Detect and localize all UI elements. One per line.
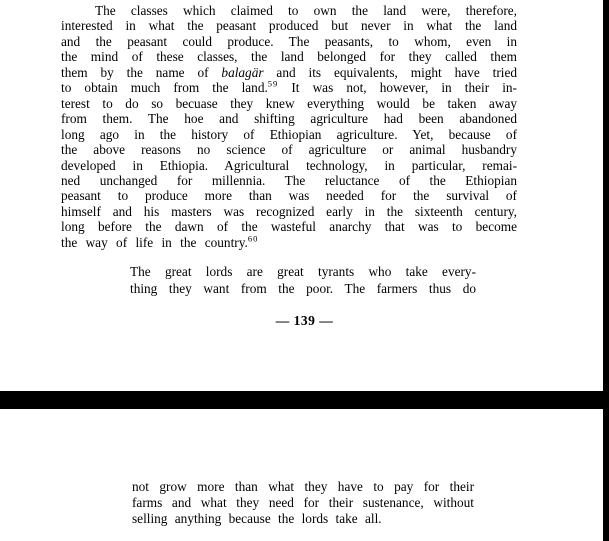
footnote-ref-59: 59: [268, 79, 279, 89]
block-quote-page-139: The great lords are great tyrants who ta…: [130, 264, 476, 297]
text-line: The classes which claimed to own the lan…: [61, 3, 517, 18]
text-line: interested in what the peasant produced …: [61, 18, 517, 33]
text-line: the mind of these classes, the land belo…: [61, 49, 517, 64]
text-line: and the peasant could produce. The peasa…: [61, 34, 517, 49]
text-line: peasant to produce more than was needed …: [61, 188, 517, 203]
text-line: himself and his masters was recognized e…: [61, 204, 517, 219]
quote-line: The great lords are great tyrants who ta…: [130, 264, 476, 281]
quote-line: thing they want from the poor. The farme…: [130, 281, 476, 298]
text-line: from them. The hoe and shifting agricult…: [61, 111, 517, 126]
text-line: long ago in the history of Ethiopian agr…: [61, 127, 517, 142]
text-segment: them by the name of: [61, 65, 221, 80]
text-line: the way of life in the country.60: [61, 235, 517, 250]
text-line: terest to do so becuase they knew everyt…: [61, 96, 517, 111]
text-segment: and its equivalents, might have tried: [264, 65, 517, 80]
scan-edge-strip: [603, 0, 609, 541]
text-line: the above reasons no science of agricult…: [61, 142, 517, 157]
text-segment: to obtain much from the land.: [61, 80, 268, 95]
text-segment: It was not, however, in their in-: [278, 80, 517, 95]
text-line: ned unchanged for millennia. The relucta…: [61, 173, 517, 188]
quote-line: selling anything because the lords take …: [132, 511, 474, 527]
page-number: — 139 —: [0, 313, 609, 329]
scanned-book-spread: The classes which claimed to own the lan…: [0, 0, 609, 541]
text-line: them by the name of balagär and its equi…: [61, 65, 517, 80]
text-line: developed in Ethiopia. Agricultural tech…: [61, 158, 517, 173]
italic-term-balagar: balagär: [221, 65, 263, 80]
text-line: to obtain much from the land.59 It was n…: [61, 80, 517, 95]
text-line: long before the dawn of the wasteful ana…: [61, 219, 517, 234]
quote-line: not grow more than what they have to pay…: [132, 479, 474, 495]
block-quote-page-140: not grow more than what they have to pay…: [132, 479, 474, 527]
text-segment: the way of life in the country.: [61, 235, 248, 250]
main-paragraph: The classes which claimed to own the lan…: [61, 3, 517, 250]
footnote-ref-60: 60: [248, 233, 259, 243]
scan-divider-bar: [0, 391, 609, 409]
quote-line: farms and what they need for their suste…: [132, 495, 474, 511]
